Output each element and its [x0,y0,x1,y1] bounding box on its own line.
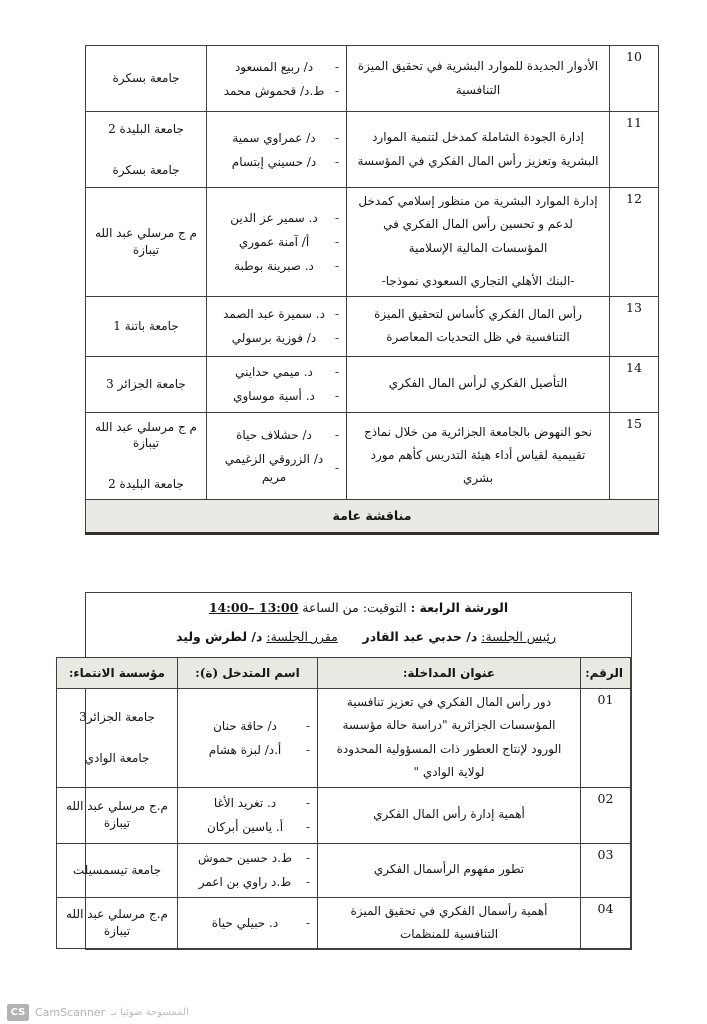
paper-subtitle: -البنك الأهلي التجاري السعودي نموذجا- [350,270,606,293]
workshop-title: الورشة الرابعة : [411,600,509,615]
row-number: 14 [610,356,659,412]
header-number: الرقم: [581,658,631,689]
row-number: 04 [581,897,631,949]
speaker: د/ حاقة حنان [185,717,310,735]
scanned-with-text: الممسوحة ضوئيا بـ [111,1007,189,1018]
affiliation: جامعة باتنة 1 [89,318,203,335]
paper-title: التأصيل الفكري لرأس المال الفكري [350,372,606,395]
speaker: د/ ربيع المسعود [214,58,339,76]
table-row: 03 تطور مفهوم الرأسمال الفكري ط.د حسين ح… [57,843,631,897]
speakers-cell: د/ ربيع المسعود ط.د/ قحموش محمد [207,46,347,112]
speakers-cell: د/ حشلاف حياة د/ الزروقي الزغيمي مريم [207,412,347,499]
table-row: 10 الأدوار الجديدة للموارد البشرية في تح… [86,46,659,112]
row-number: 01 [581,689,631,788]
paper-title-cell: التأصيل الفكري لرأس المال الفكري [347,356,610,412]
paper-title-cell: الأدوار الجديدة للموارد البشرية في تحقيق… [347,46,610,112]
speakers-cell: د. ميمي حدايني د. أسية موساوي [207,356,347,412]
session-chair: رئيس الجلسة: د/ حدبي عبد القادر [363,629,556,644]
chair-label: رئيس الجلسة: [481,629,556,644]
speaker: أ/ آمنة عموري [214,233,339,251]
row-number: 10 [610,46,659,112]
paper-title-cell: دور رأس المال الفكري في تعزيز تنافسية ال… [318,689,581,788]
speaker: د. صبرينة بوطبة [214,257,339,275]
paper-title: أهمية إدارة رأس المال الفكري [321,803,577,826]
workshop-header: الورشة الرابعة : التوقيت: من الساعة 13:0… [86,593,631,657]
camscanner-brand: CamScanner [35,1006,105,1019]
speaker: د/ حشلاف حياة [214,426,339,444]
affiliation: جامعة بسكرة [89,70,203,87]
row-number: 02 [581,787,631,843]
affiliation-cell: م.ج مرسلي عبد الله تيبازة [57,787,178,843]
speaker: أ.د/ لبزة هشام [185,741,310,759]
header-speaker: اسم المتدخل (ة): [178,658,318,689]
speakers-cell: د. سميرة عبد الصمد د/ فوزية برسولي [207,296,347,356]
table-row: 04 أهمية رأسمال الفكري في تحقيق الميزة ا… [57,897,631,949]
affiliation: جامعة البليدة 2 [89,121,203,138]
affiliation-cell: جامعة الجزائر 3 [86,356,207,412]
speakers-cell: د. سمير عز الدين أ/ آمنة عموري د. صبرينة… [207,188,347,297]
workshop-4-section: الورشة الرابعة : التوقيت: من الساعة 13:0… [85,592,632,950]
speaker: د/ حسيني إبتسام [214,153,339,171]
speakers-cell: د/ عمراوي سمية د/ حسيني إبتسام [207,112,347,188]
affiliation-cell: م ج مرسلي عبد الله تيبازة جامعة البليدة … [86,412,207,499]
speaker: د. أسية موساوي [214,387,339,405]
affiliation: م.ج مرسلي عبد الله تيبازة [60,798,174,832]
table-row: 13 رأس المال الفكري كأساس لتحقيق الميزة … [86,296,659,356]
camscanner-logo-icon: CS [7,1004,29,1021]
speakers-cell: د. تغريد الأغا أ. ياسين أبركان [178,787,318,843]
rapporteur-label: مقرر الجلسة: [266,629,337,644]
row-number: 12 [610,188,659,297]
speaker: أ. ياسين أبركان [185,818,310,836]
speaker: ط.د/ قحموش محمد [214,82,339,100]
table-row: 02 أهمية إدارة رأس المال الفكري د. تغريد… [57,787,631,843]
session-table-continued: 10 الأدوار الجديدة للموارد البشرية في تح… [85,45,659,535]
workshop-timing-label: التوقيت: من الساعة [302,600,406,615]
affiliation-cell: جامعة البليدة 2 جامعة بسكرة [86,112,207,188]
general-discussion-label: مناقشة عامة [86,499,659,533]
affiliation: جامعة بسكرة [89,162,203,179]
paper-title-cell: أهمية إدارة رأس المال الفكري [318,787,581,843]
header-title: عنوان المداخلة: [318,658,581,689]
speakers-cell: د/ حاقة حنان أ.د/ لبزة هشام [178,689,318,788]
workshop-title-line: الورشة الرابعة : التوقيت: من الساعة 13:0… [86,600,631,615]
speaker: د. تغريد الأغا [185,794,310,812]
session-rapporteur: مقرر الجلسة: د/ لطرش وليد [176,629,338,644]
paper-title-cell: إدارة الموارد البشرية من منظور إسلامي كم… [347,188,610,297]
table-header-row: الرقم: عنوان المداخلة: اسم المتدخل (ة): … [57,658,631,689]
row-number: 13 [610,296,659,356]
paper-title: الأدوار الجديدة للموارد البشرية في تحقيق… [350,55,606,102]
table-row: 12 إدارة الموارد البشرية من منظور إسلامي… [86,188,659,297]
affiliation: م.ج مرسلي عبد الله تيبازة [60,906,174,940]
paper-title: إدارة الجودة الشاملة كمدخل لتنمية الموار… [350,126,606,173]
rapporteur-name: د/ لطرش وليد [176,629,262,644]
speaker: د/ عمراوي سمية [214,129,339,147]
speaker: د/ فوزية برسولي [214,329,339,347]
speaker: د. ميمي حدايني [214,363,339,381]
paper-title: دور رأس المال الفكري في تعزيز تنافسية ال… [321,691,577,785]
general-discussion-row: مناقشة عامة [86,499,659,533]
affiliation-cell: م ج مرسلي عبد الله تيبازة [86,188,207,297]
affiliation-cell: جامعة تيسمسيلت [57,843,178,897]
paper-title: تطور مفهوم الرأسمال الفكري [321,858,577,881]
speaker: ط.د راوي بن اعمر [185,873,310,891]
chair-name: د/ حدبي عبد القادر [363,629,478,644]
affiliation: جامعة الوادي [60,750,174,767]
paper-title-cell: رأس المال الفكري كأساس لتحقيق الميزة الت… [347,296,610,356]
affiliation: م ج مرسلي عبد الله تيبازة [89,225,203,259]
speaker: د. حبيلي حياة [185,914,310,932]
row-number: 15 [610,412,659,499]
paper-title: إدارة الموارد البشرية من منظور إسلامي كم… [350,190,606,260]
speakers-cell: د. حبيلي حياة [178,897,318,949]
paper-title: نحو النهوض بالجامعة الجزائرية من خلال نم… [350,421,606,491]
affiliation: جامعة الجزائر3 [60,709,174,726]
affiliation: م ج مرسلي عبد الله تيبازة [89,419,203,453]
speaker: د. سمير عز الدين [214,209,339,227]
papers-table-2: الرقم: عنوان المداخلة: اسم المتدخل (ة): … [56,657,631,949]
paper-title: أهمية رأسمال الفكري في تحقيق الميزة التن… [321,900,577,947]
speakers-cell: ط.د حسين حموش ط.د راوي بن اعمر [178,843,318,897]
paper-title-cell: أهمية رأسمال الفكري في تحقيق الميزة التن… [318,897,581,949]
affiliation-cell: جامعة باتنة 1 [86,296,207,356]
table-row: 01 دور رأس المال الفكري في تعزيز تنافسية… [57,689,631,788]
workshop-roles-line: رئيس الجلسة: د/ حدبي عبد القادر مقرر الج… [86,615,631,644]
camscanner-watermark: CS CamScanner الممسوحة ضوئيا بـ [7,1004,189,1021]
scanned-program-page: { "table1": { "discussion": "مناقشة عامة… [0,0,707,1024]
paper-title-cell: نحو النهوض بالجامعة الجزائرية من خلال نم… [347,412,610,499]
header-affiliation: مؤسسة الانتماء: [57,658,178,689]
table-row: 11 إدارة الجودة الشاملة كمدخل لتنمية الم… [86,112,659,188]
workshop-time: 13:00 –14:00 [209,600,298,615]
table-row: 15 نحو النهوض بالجامعة الجزائرية من خلال… [86,412,659,499]
affiliation-cell: جامعة بسكرة [86,46,207,112]
speaker: ط.د حسين حموش [185,849,310,867]
papers-table-1: 10 الأدوار الجديدة للموارد البشرية في تح… [85,45,659,535]
paper-title: رأس المال الفكري كأساس لتحقيق الميزة الت… [350,303,606,350]
affiliation: جامعة البليدة 2 [89,476,203,493]
paper-title-cell: تطور مفهوم الرأسمال الفكري [318,843,581,897]
speaker: د. سميرة عبد الصمد [214,305,339,323]
affiliation: جامعة تيسمسيلت [60,862,174,879]
row-number: 03 [581,843,631,897]
workshop-4-table: الرقم: عنوان المداخلة: اسم المتدخل (ة): … [86,657,631,949]
paper-title-cell: إدارة الجودة الشاملة كمدخل لتنمية الموار… [347,112,610,188]
speaker: د/ الزروقي الزغيمي مريم [214,450,339,486]
affiliation-cell: م.ج مرسلي عبد الله تيبازة [57,897,178,949]
row-number: 11 [610,112,659,188]
table-row: 14 التأصيل الفكري لرأس المال الفكري د. م… [86,356,659,412]
affiliation-cell: جامعة الجزائر3 جامعة الوادي [57,689,178,788]
affiliation: جامعة الجزائر 3 [89,376,203,393]
